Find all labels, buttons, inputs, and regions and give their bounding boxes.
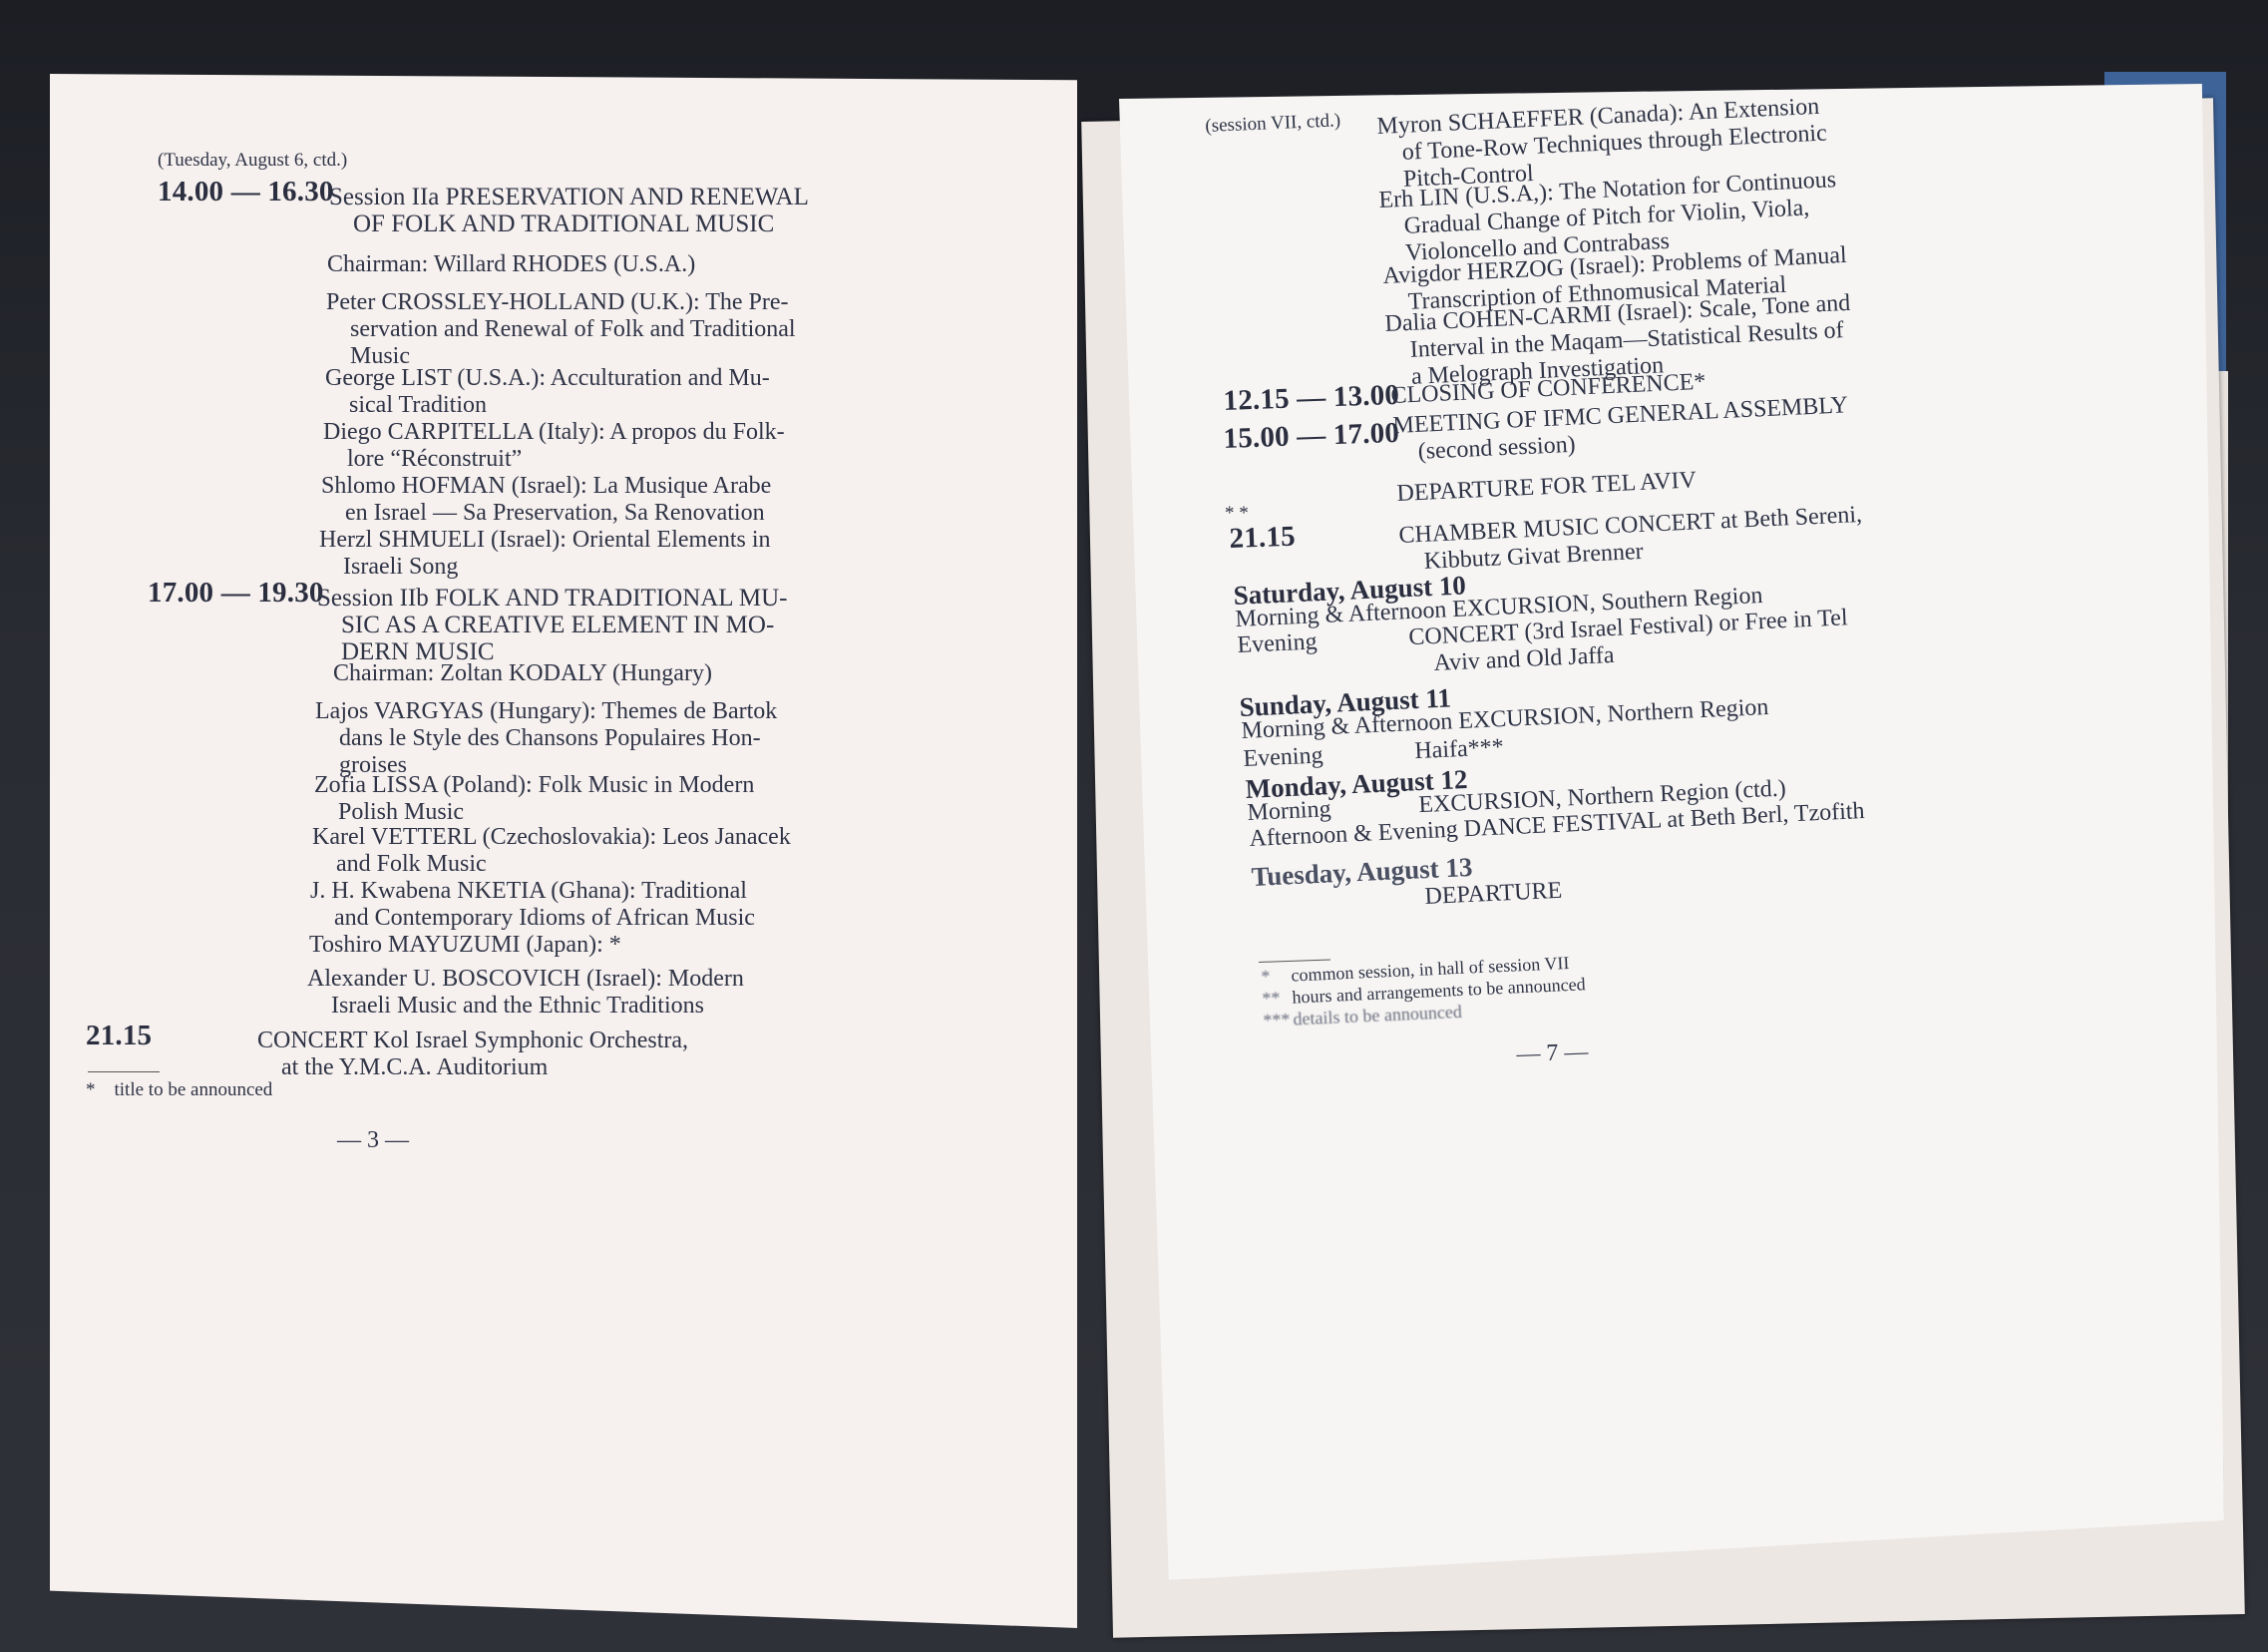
event-title: CHAMBER MUSIC CONCERT at Beth Sereni, Ki…	[1398, 502, 1864, 577]
paper-entry: Peter CROSSLEY-HOLLAND (U.K.): The Pre- …	[326, 289, 796, 370]
paper-entry: Shlomo HOFMAN (Israel): La Musique Arabe…	[321, 473, 771, 527]
paper-entry: Lajos VARGYAS (Hungary): Themes de Barto…	[315, 698, 777, 779]
paper-line: Alexander U. BOSCOVICH (Israel): Modern	[307, 966, 744, 992]
title-line: Session IIa PRESERVATION AND RENEWAL	[329, 184, 809, 210]
paper-line: Peter CROSSLEY-HOLLAND (U.K.): The Pre-	[326, 289, 789, 315]
session-title: Session IIa PRESERVATION AND RENEWAL OF …	[329, 184, 809, 237]
event-line: CONCERT Kol Israel Symphonic Orchestra,	[257, 1028, 688, 1053]
paper-entry: Karel VETTERL (Czechoslovakia): Leos Jan…	[312, 824, 791, 878]
page-number: — 7 —	[1516, 1038, 1589, 1067]
event-time: 15.00 — 17.00	[1223, 417, 1400, 456]
page-7: (session VII, ctd.) Myron SCHAEFFER (Can…	[1119, 84, 2224, 1580]
footnote-text: title to be announced	[115, 1079, 273, 1100]
session-title: Session IIb FOLK AND TRADITIONAL MU- SIC…	[317, 585, 788, 665]
page-header: (session VII, ctd.)	[1205, 110, 1341, 138]
paper-entry: Herzl SHMUELI (Israel): Oriental Element…	[319, 527, 771, 581]
paper-line: Zofia LISSA (Poland): Folk Music in Mode…	[314, 772, 754, 798]
footnote: * title to be announced	[86, 1079, 272, 1101]
paper-line: J. H. Kwabena NKETIA (Ghana): Traditiona…	[310, 878, 747, 904]
footnotes: *common session, in hall of session VII …	[1261, 951, 1587, 1032]
paper-line: lore “Réconstruit”	[323, 446, 785, 473]
page-3: (Tuesday, August 6, ctd.) 14.00 — 16.30 …	[50, 74, 1077, 1628]
footnote-rule	[88, 1071, 160, 1072]
footnote-mark: *	[1261, 965, 1292, 988]
session-time: 17.00 — 19.30	[148, 577, 324, 610]
schedule-row: DEPARTURE	[1424, 878, 1563, 911]
event-line: at the Y.M.C.A. Auditorium	[257, 1054, 688, 1081]
footnote-mark: ***	[1263, 1009, 1294, 1032]
page-number: — 3 —	[337, 1127, 409, 1154]
paper-line: Polish Music	[314, 799, 754, 826]
paper-line: George LIST (U.S.A.): Acculturation and …	[325, 365, 770, 391]
paper-line: Toshiro MAYUZUMI (Japan): *	[309, 932, 621, 958]
paper-entry: Zofia LISSA (Poland): Folk Music in Mode…	[314, 772, 754, 826]
paper-line: Shlomo HOFMAN (Israel): La Musique Arabe	[321, 473, 771, 499]
paper-line: servation and Renewal of Folk and Tradit…	[326, 316, 796, 343]
event-title: DEPARTURE FOR TEL AVIV	[1396, 467, 1698, 508]
paper-line: Herzl SHMUELI (Israel): Oriental Element…	[319, 527, 771, 553]
title-line: OF FOLK AND TRADITIONAL MUSIC	[329, 210, 809, 237]
paper-line: Karel VETTERL (Czechoslovakia): Leos Jan…	[312, 824, 791, 850]
footnote-mark: **	[1262, 987, 1293, 1010]
paper-entry: George LIST (U.S.A.): Acculturation and …	[325, 365, 770, 419]
paper-entry: Toshiro MAYUZUMI (Japan): *	[309, 932, 621, 959]
paper-line: Lajos VARGYAS (Hungary): Themes de Barto…	[315, 698, 777, 724]
paper-line: and Contemporary Idioms of African Music	[310, 905, 755, 932]
event-time: 21.15	[1229, 521, 1296, 556]
paper-line: Diego CARPITELLA (Italy): A propos du Fo…	[323, 419, 785, 445]
title-line: SIC AS A CREATIVE ELEMENT IN MO-	[317, 612, 788, 638]
event-time: 21.15	[86, 1020, 152, 1052]
activity: EXCURSION, Northern Region	[1458, 694, 1769, 734]
paper-line: dans le Style des Chansons Populaires Ho…	[315, 725, 777, 752]
chairman: Chairman: Willard RHODES (U.S.A.)	[327, 251, 695, 278]
event-time: 12.15 — 13.00	[1223, 379, 1400, 418]
title-line: Session IIb FOLK AND TRADITIONAL MU-	[317, 585, 788, 612]
paper-line: en Israel — Sa Preservation, Sa Renovati…	[321, 500, 771, 527]
paper-entry: Alexander U. BOSCOVICH (Israel): Modern …	[307, 966, 744, 1020]
footnote-mark: *	[86, 1079, 96, 1100]
activity: Haifa***	[1414, 734, 1504, 764]
paper-entry: J. H. Kwabena NKETIA (Ghana): Traditiona…	[310, 878, 755, 932]
chairman: Chairman: Zoltan KODALY (Hungary)	[333, 660, 712, 687]
paper-entry: Diego CARPITELLA (Italy): A propos du Fo…	[323, 419, 785, 473]
event-title: CONCERT Kol Israel Symphonic Orchestra, …	[257, 1028, 688, 1081]
session-time: 14.00 — 16.30	[158, 176, 334, 208]
paper-line: sical Tradition	[325, 392, 770, 419]
page-header: (Tuesday, August 6, ctd.)	[158, 150, 347, 172]
paper-line: Israeli Song	[319, 554, 771, 581]
paper-line: and Folk Music	[312, 851, 791, 878]
paper-line: Israeli Music and the Ethnic Traditions	[307, 993, 744, 1020]
